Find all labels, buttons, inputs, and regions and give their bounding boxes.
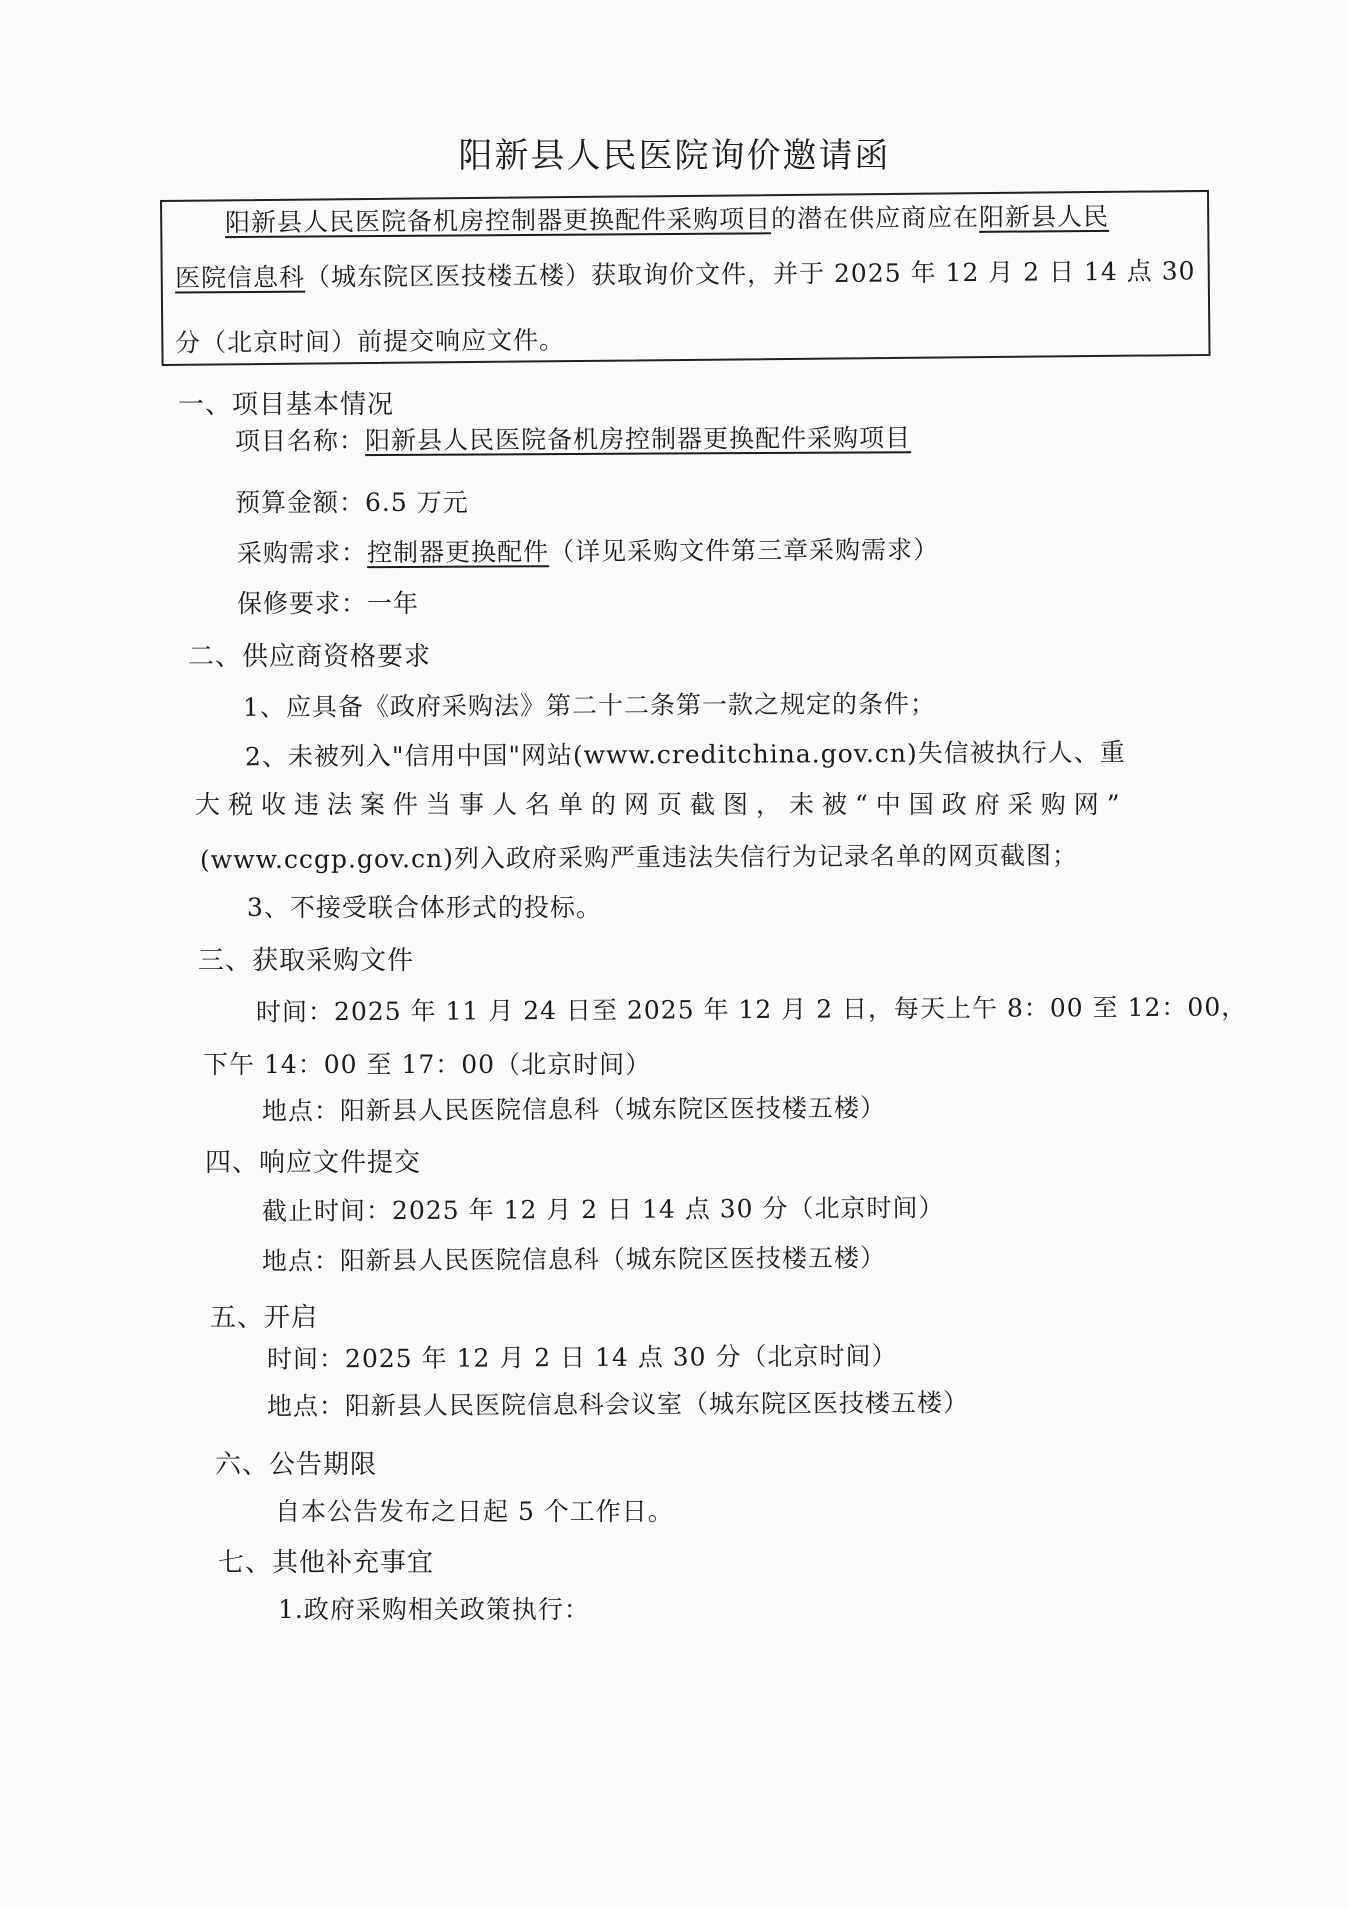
section-heading-2: 二、供应商资格要求 [188, 636, 431, 673]
warranty-row: 保修要求：一年 [237, 584, 419, 620]
opening-time: 时间：2025 年 12 月 2 日 14 点 30 分（北京时间） [267, 1336, 898, 1375]
document-title: 阳新县人民医院询价邀请函 [0, 128, 1349, 177]
deadline-location: 地点：阳新县人民医院信息科（城东院区医技楼五楼） [262, 1238, 886, 1277]
notice-location: 阳新县人民 [979, 202, 1109, 232]
requirement-row: 采购需求：控制器更换配件（详见采购文件第三章采购需求） [237, 530, 939, 570]
deadline-time: 截止时间：2025 年 12 月 2 日 14 点 30 分（北京时间） [262, 1188, 945, 1228]
qualification-2-cont: 大税收违法案件当事人名单的网页截图，未被“中国政府采购网” [195, 785, 1128, 821]
obtain-location: 地点：阳新县人民医院信息科（城东院区医技楼五楼） [262, 1088, 886, 1127]
obtain-time-cont: 下午 14：00 至 17：00（北京时间） [203, 1045, 651, 1081]
project-name-row: 项目名称：阳新县人民医院备机房控制器更换配件采购项目 [235, 418, 911, 458]
document-page: 阳新县人民医院询价邀请函 阳新县人民医院备机房控制器更换配件采购项目的潜在供应商… [0, 0, 1349, 1909]
qualification-2: 2、未被列入"信用中国"网站(www.creditchina.gov.cn)失信… [245, 733, 1126, 774]
section-heading-6: 六、公告期限 [215, 1444, 377, 1481]
section-heading-4: 四、响应文件提交 [205, 1142, 421, 1179]
opening-location: 地点：阳新县人民医院信息科会议室（城东院区医技楼五楼） [267, 1383, 969, 1423]
budget-row: 预算金额：6.5 万元 [235, 483, 469, 519]
section-heading-7: 七、其他补充事宜 [218, 1542, 434, 1579]
qualification-2-cont-2: (www.ccgp.gov.cn)列入政府采购严重违法失信行为记录名单的网页截图… [200, 836, 1078, 877]
notice-project-name: 阳新县人民医院备机房控制器更换配件采购项目 [225, 204, 771, 237]
notice-line-1: 阳新县人民医院备机房控制器更换配件采购项目的潜在供应商应在阳新县人民 [225, 197, 1109, 239]
section-heading-5: 五、开启 [210, 1297, 318, 1334]
qualification-3: 3、不接受联合体形式的投标。 [247, 888, 602, 924]
obtain-time: 时间：2025 年 11 月 24 日至 2025 年 12 月 2 日，每天上… [256, 987, 1247, 1028]
section-heading-3: 三、获取采购文件 [198, 940, 414, 977]
announcement-period: 自本公告发布之日起 5 个工作日。 [275, 1492, 674, 1528]
section-heading-1: 一、项目基本情况 [178, 384, 394, 421]
qualification-1: 1、应具备《政府采购法》第二十二条第一款之规定的条件； [243, 684, 936, 724]
supplementary-item-1: 1.政府采购相关政策执行： [278, 1590, 590, 1626]
notice-line-2: 医院信息科（城东院区医技楼五楼）获取询价文件，并于 2025 年 12 月 2 … [175, 251, 1196, 294]
notice-line-3: 分（北京时间）前提交响应文件。 [175, 321, 565, 360]
